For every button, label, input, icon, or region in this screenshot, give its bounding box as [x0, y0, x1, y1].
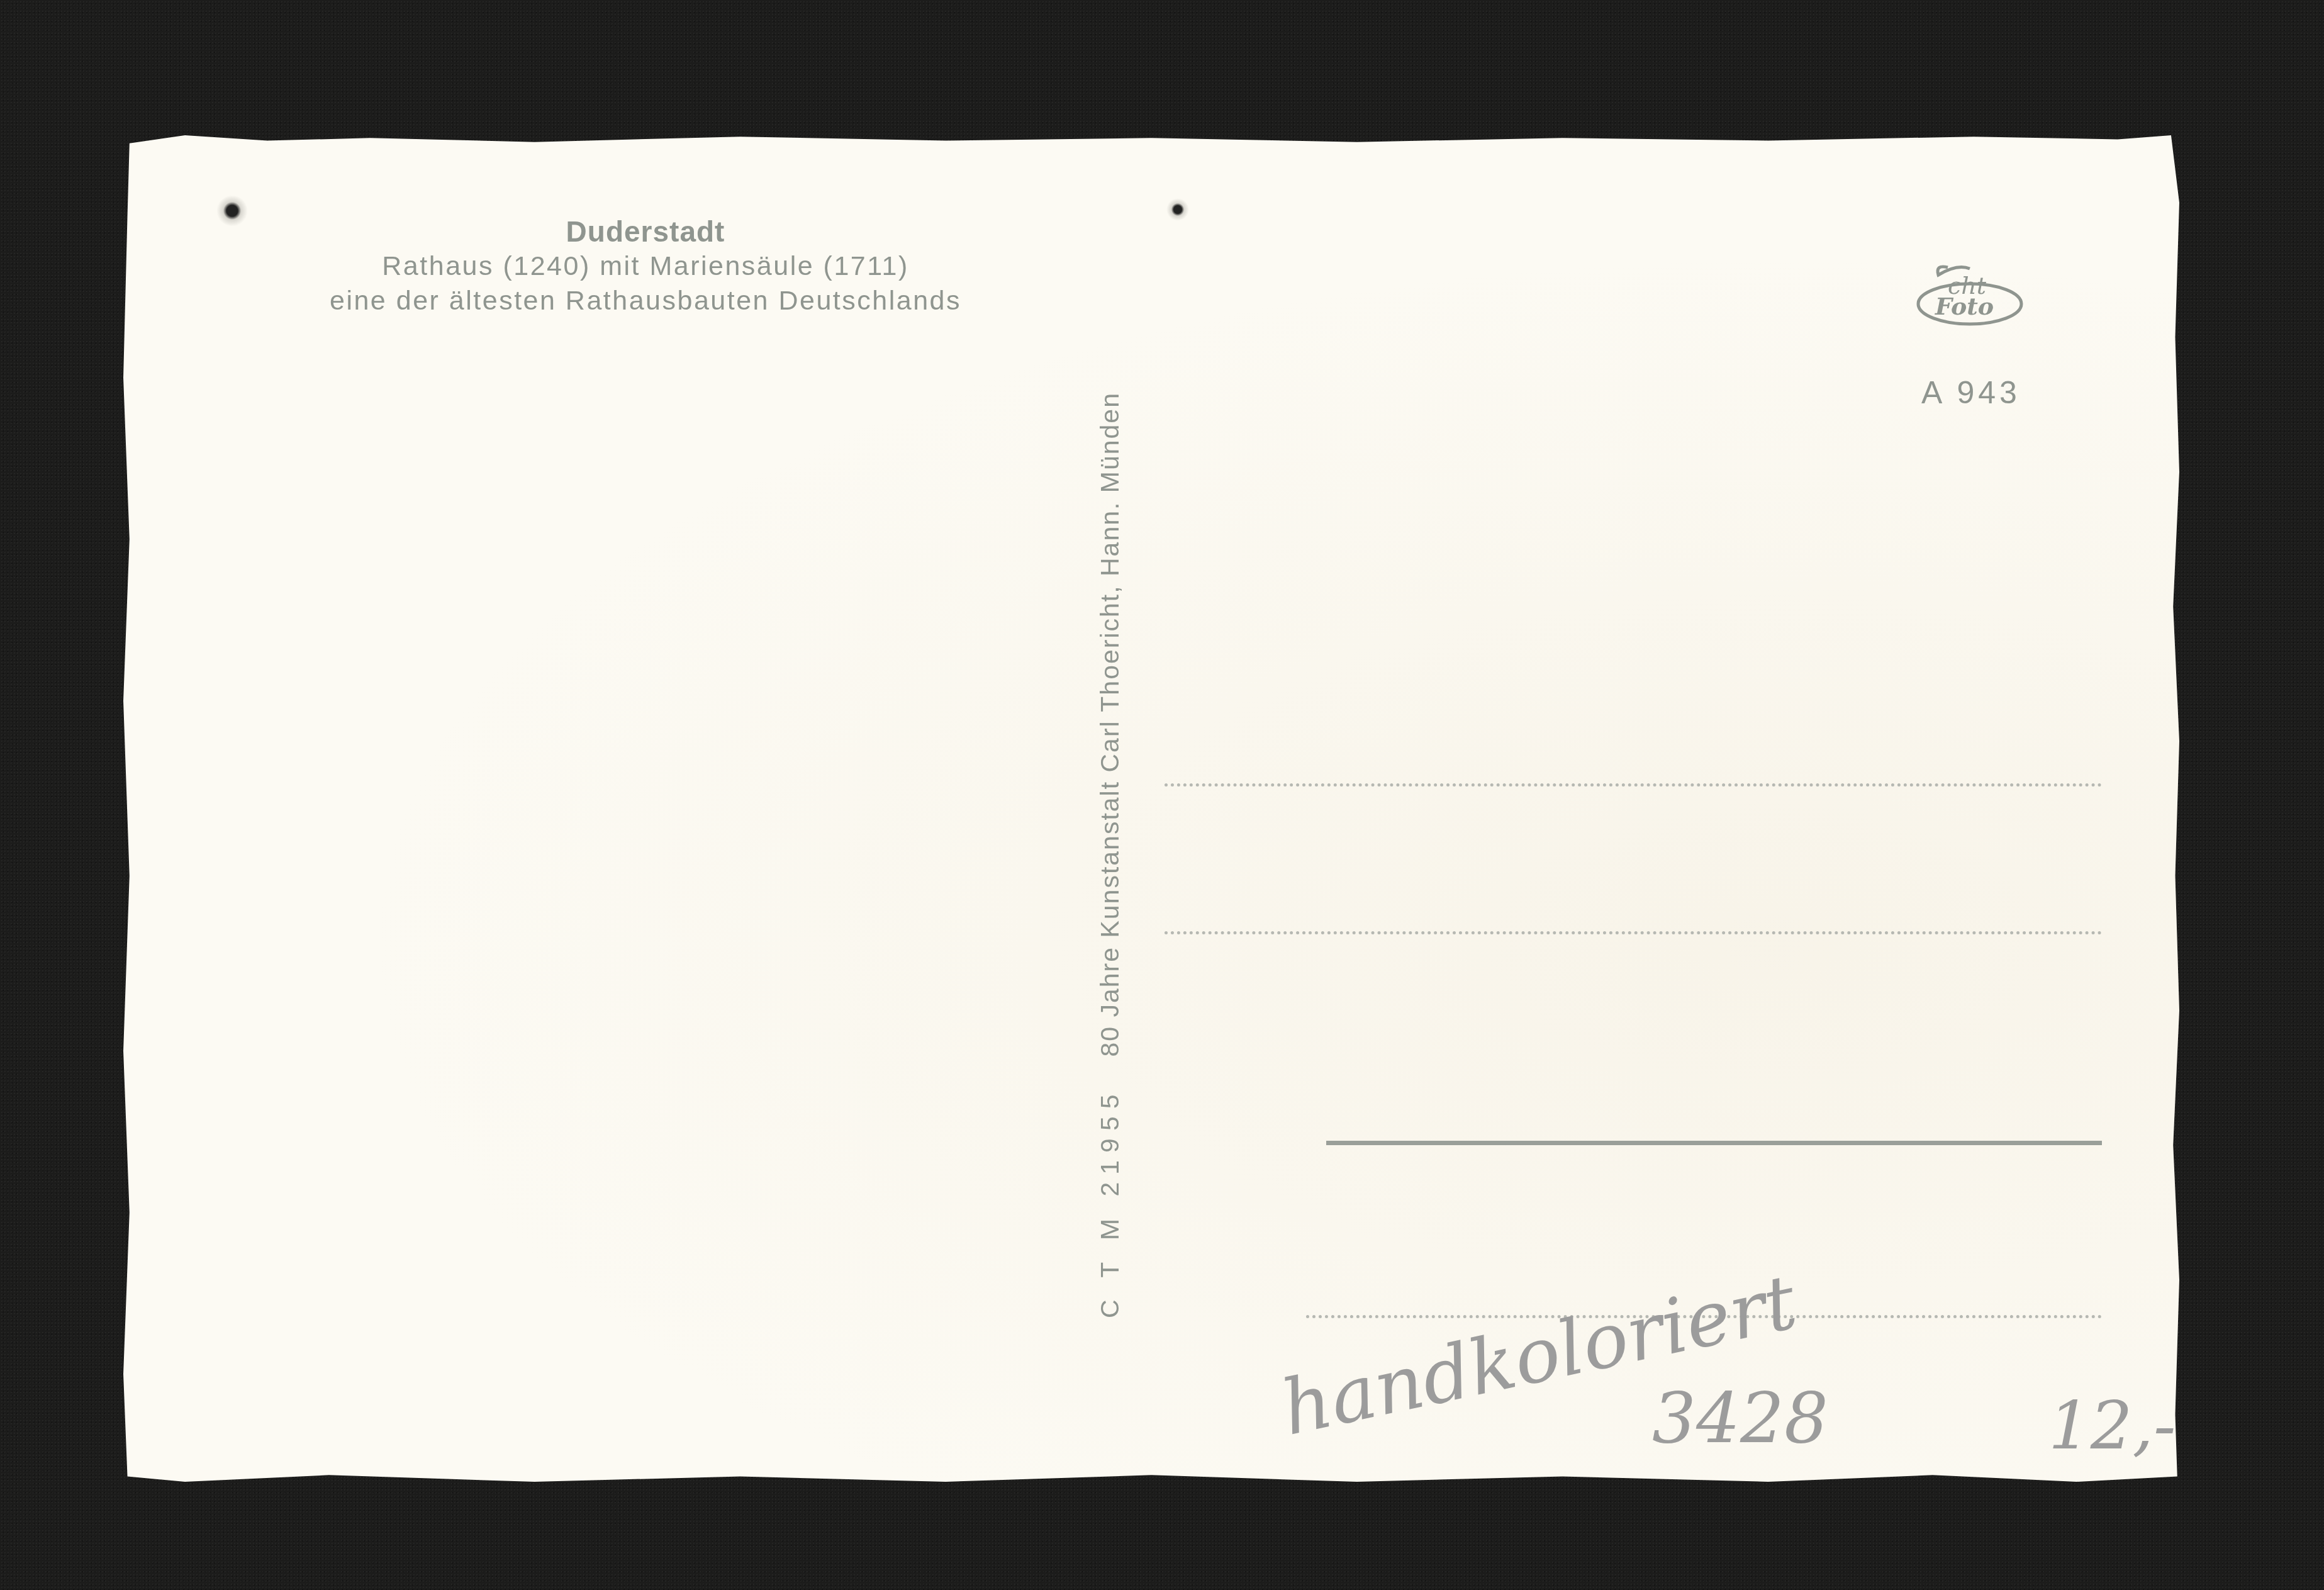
- caption-line-1: Rathaus (1240) mit Mariensäule (1711): [211, 249, 1080, 284]
- postcard-back: Duderstadt Rathaus (1240) mit Mariensäul…: [123, 135, 2179, 1482]
- handwritten-price: 12,-: [2048, 1387, 2176, 1464]
- address-line-3: [1326, 1141, 2102, 1145]
- caption-line-2: eine der ältesten Rathausbauten Deutschl…: [211, 284, 1080, 318]
- handwritten-number: 3428: [1652, 1378, 1828, 1458]
- caption-title: Duderstadt: [211, 214, 1080, 249]
- vertical-imprint: C T M 2195580 Jahre Kunstanstalt Carl Th…: [1095, 392, 1125, 1318]
- echt-foto-logo-icon: cht Foto: [1910, 255, 2030, 330]
- address-line-1: [1165, 783, 2102, 787]
- pin-hole-mark: [1166, 198, 1189, 221]
- caption-block: Duderstadt Rathaus (1240) mit Mariensäul…: [211, 214, 1080, 318]
- series-number: A 943: [1921, 374, 2021, 411]
- imprint-code: C T M 21955: [1095, 1087, 1124, 1318]
- address-line-2: [1165, 931, 2102, 934]
- imprint-publisher: 80 Jahre Kunstanstalt Carl Thoericht, Ha…: [1095, 392, 1124, 1056]
- svg-text:Foto: Foto: [1935, 292, 1994, 320]
